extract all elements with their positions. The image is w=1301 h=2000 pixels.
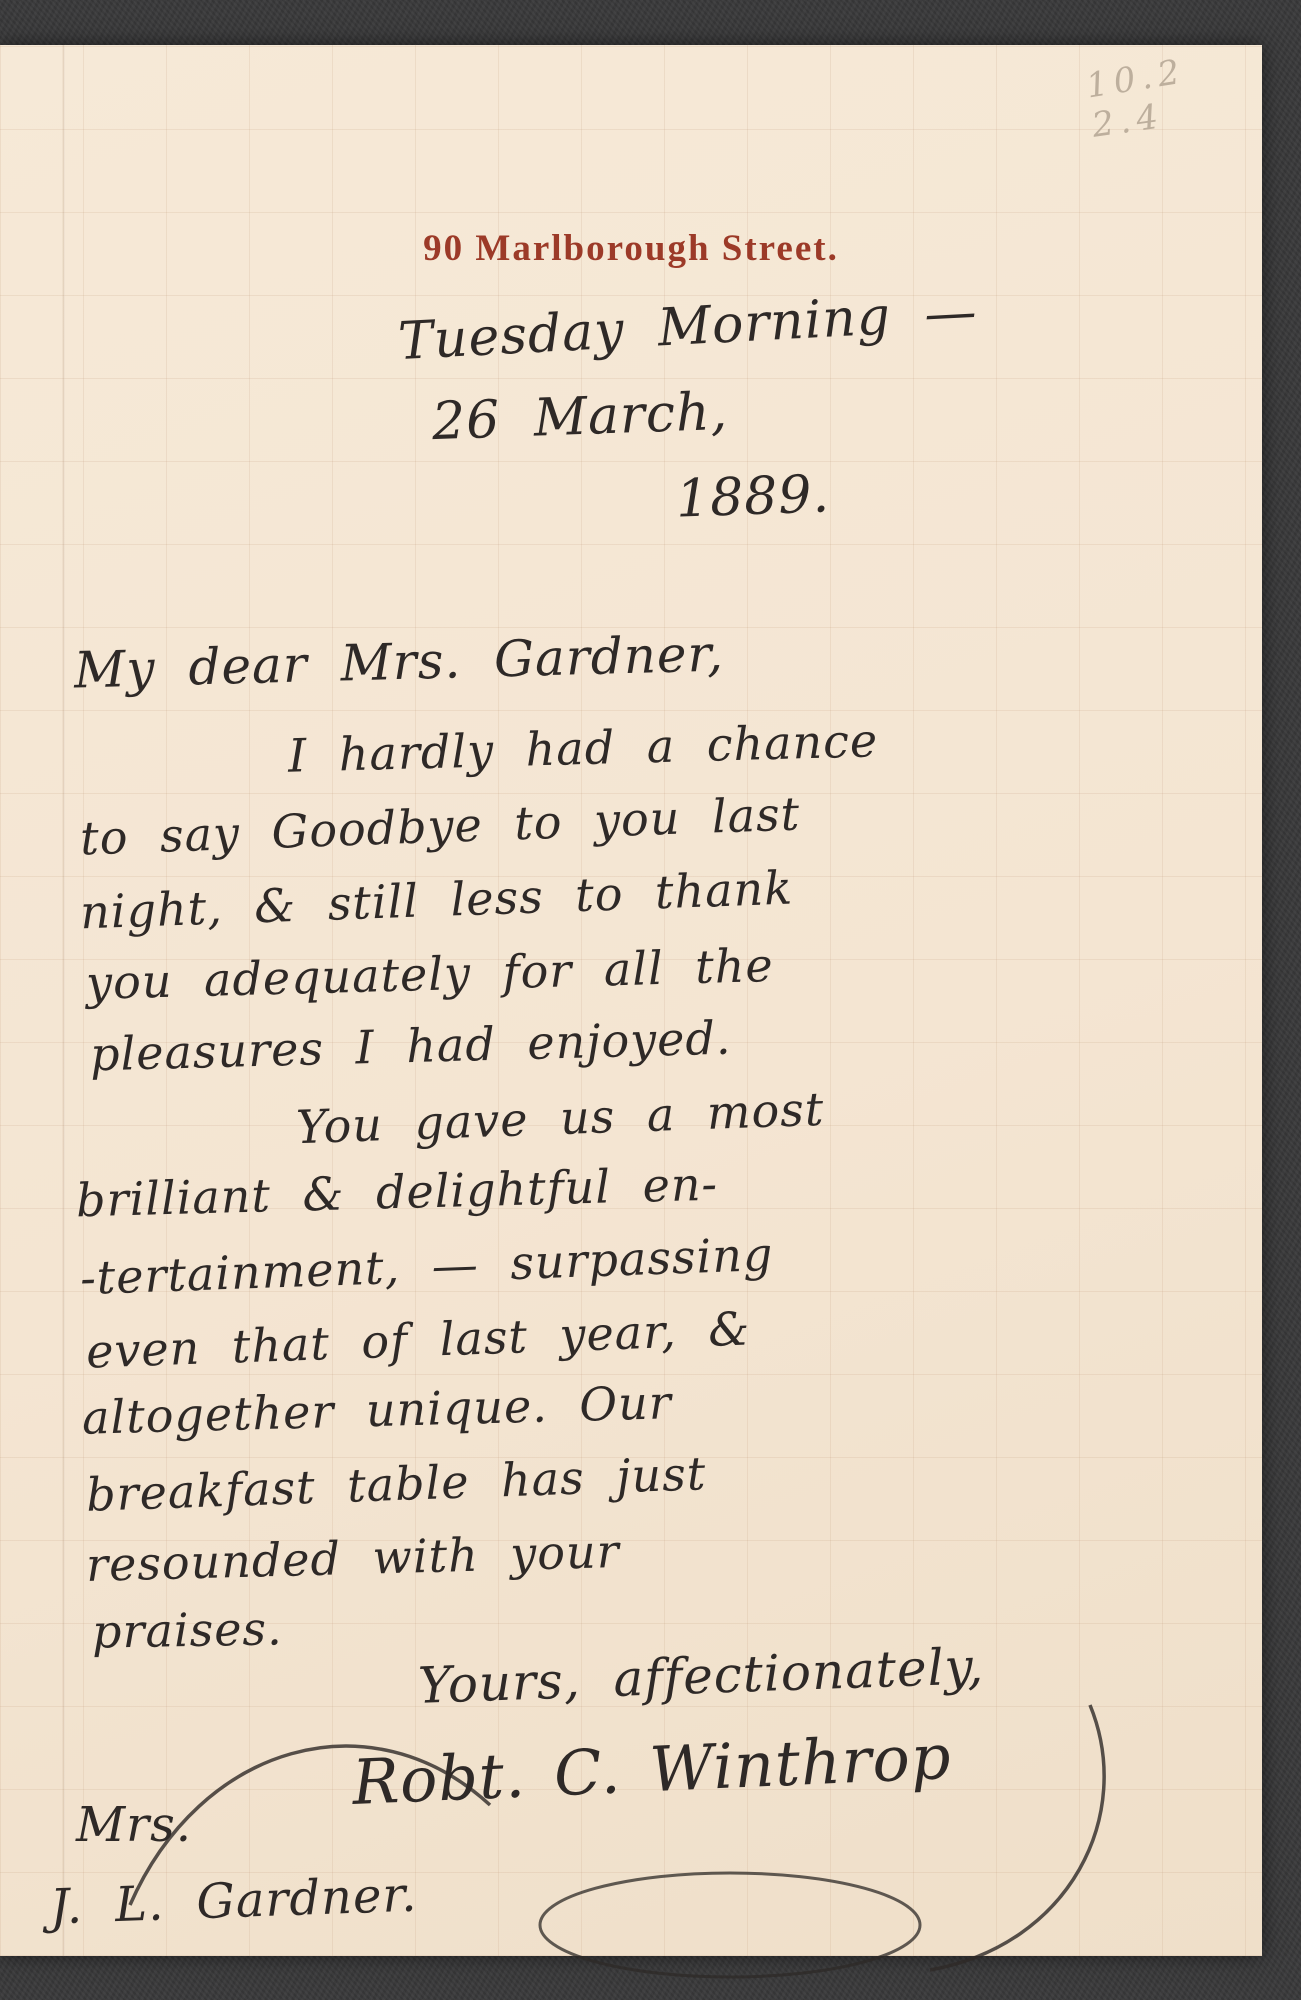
body-line: night, & still less to thank	[79, 861, 794, 940]
body-line: you adequately for all the	[85, 938, 774, 1010]
photo-background: 10.2 2.4 90 Marlborough Street. Tuesday …	[0, 0, 1301, 2000]
body-line: altogether unique. Our	[81, 1375, 672, 1444]
fold-crease	[62, 45, 65, 1956]
salutation: My dear Mrs. Gardner,	[73, 625, 724, 700]
body-line: resounded with your	[85, 1524, 620, 1592]
body-line: brilliant & delightful en-	[75, 1157, 718, 1228]
closing-line: Yours, affectionately,	[417, 1637, 985, 1715]
signature: Robt. C. Winthrop	[351, 1720, 953, 1819]
body-line: to say Goodbye to you last	[79, 786, 801, 865]
body-line: I hardly had a chance	[287, 713, 878, 782]
body-line: -tertainment, — surpassing	[79, 1227, 774, 1305]
body-line: even that of last year, &	[85, 1301, 751, 1378]
body-line: pleasures I had enjoyed.	[89, 1011, 732, 1082]
body-line: praises.	[92, 1601, 284, 1658]
addressee-line: J. L. Gardner.	[49, 1867, 418, 1936]
pencil-annotation-line2: 2.4	[1090, 96, 1167, 146]
signature-flourish	[70, 1675, 1250, 1995]
date-line: Tuesday Morning —	[397, 282, 979, 372]
date-line: 1889.	[675, 464, 831, 529]
date-line: 26 March,	[431, 382, 729, 452]
printed-letterhead: 90 Marlborough Street.	[0, 227, 1262, 270]
body-line: You gave us a most	[295, 1082, 825, 1154]
letter-sheet: 10.2 2.4 90 Marlborough Street. Tuesday …	[0, 45, 1262, 1956]
body-line: breakfast table has just	[85, 1446, 707, 1522]
addressee-line: Mrs.	[76, 1797, 192, 1853]
pencil-annotation-line1: 10.2	[1083, 51, 1188, 106]
